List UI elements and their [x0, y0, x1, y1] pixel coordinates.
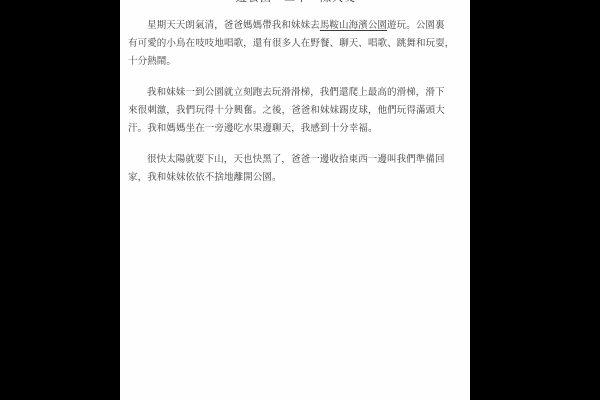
- essay-body: 星期天天朗氣清，爸爸媽媽帶我和妹妹去馬鞍山海濱公園遊玩。公園裏有可愛的小鳥在吱吱…: [128, 17, 464, 187]
- text-segment: 我和妹妹一到公園就立刻跑去玩滑滑梯，我們還爬上最高的滑梯，滑下: [147, 88, 445, 98]
- essay-title-clipped: 遊公園 二甲 陳大文: [128, 0, 464, 5]
- essay-line: 我和妹妹一到公園就立刻跑去玩滑滑梯，我們還爬上最高的滑梯，滑下: [128, 84, 464, 102]
- text-segment: 有可愛的小鳥在吱吱地唱歌，還有很多人在野餐、聊天、唱歌、跳舞和玩耍，: [128, 39, 454, 49]
- text-segment: 很快太陽就要下山，天也快黑了，爸爸一邊收拾東西一邊叫我們準備回: [147, 155, 445, 165]
- document-content: 遊公園 二甲 陳大文 星期天天朗氣清，爸爸媽媽帶我和妹妹去馬鞍山海濱公園遊玩。公…: [120, 0, 470, 187]
- paragraph: 星期天天朗氣清，爸爸媽媽帶我和妹妹去馬鞍山海濱公園遊玩。公園裏有可愛的小鳥在吱吱…: [128, 17, 464, 71]
- paragraph: 我和妹妹一到公園就立刻跑去玩滑滑梯，我們還爬上最高的滑梯，滑下來很刺激，我們玩得…: [128, 84, 464, 138]
- document-page: 遊公園 二甲 陳大文 星期天天朗氣清，爸爸媽媽帶我和妹妹去馬鞍山海濱公園遊玩。公…: [120, 0, 470, 400]
- text-segment: 來很刺激，我們玩得十分興奮。之後，爸爸和妹妹踢皮球，他們玩得滿頭大: [128, 106, 445, 116]
- text-segment: 遊玩。公園裏: [387, 21, 445, 31]
- essay-line: 汗。我和媽媽坐在一旁邊吃水果邊聊天，我感到十分幸福。: [128, 120, 464, 138]
- essay-line: 家，我和妹妹依依不捨地離開公園。: [128, 169, 464, 187]
- text-segment: 汗。我和媽媽坐在一旁邊吃水果邊聊天，我感到十分幸福。: [128, 124, 378, 134]
- text-segment: 星期天天朗氣清，爸爸媽媽帶我和妹妹去: [147, 21, 320, 31]
- essay-line: 來很刺激，我們玩得十分興奮。之後，爸爸和妹妹踢皮球，他們玩得滿頭大: [128, 102, 464, 120]
- essay-line: 有可愛的小鳥在吱吱地唱歌，還有很多人在野餐、聊天、唱歌、跳舞和玩耍，: [128, 35, 464, 53]
- essay-line: 星期天天朗氣清，爸爸媽媽帶我和妹妹去馬鞍山海濱公園遊玩。公園裏: [128, 17, 464, 35]
- letterbox-background: 遊公園 二甲 陳大文 星期天天朗氣清，爸爸媽媽帶我和妹妹去馬鞍山海濱公園遊玩。公…: [0, 0, 600, 400]
- paragraph: 很快太陽就要下山，天也快黑了，爸爸一邊收拾東西一邊叫我們準備回家，我和妹妹依依不…: [128, 151, 464, 187]
- text-segment: 十分熱鬧。: [128, 57, 176, 67]
- text-segment: 家，我和妹妹依依不捨地離開公園。: [128, 173, 282, 183]
- essay-line: 十分熱鬧。: [128, 53, 464, 71]
- underlined-place-name: 馬鞍山海濱公園: [320, 21, 387, 31]
- essay-line: 很快太陽就要下山，天也快黑了，爸爸一邊收拾東西一邊叫我們準備回: [128, 151, 464, 169]
